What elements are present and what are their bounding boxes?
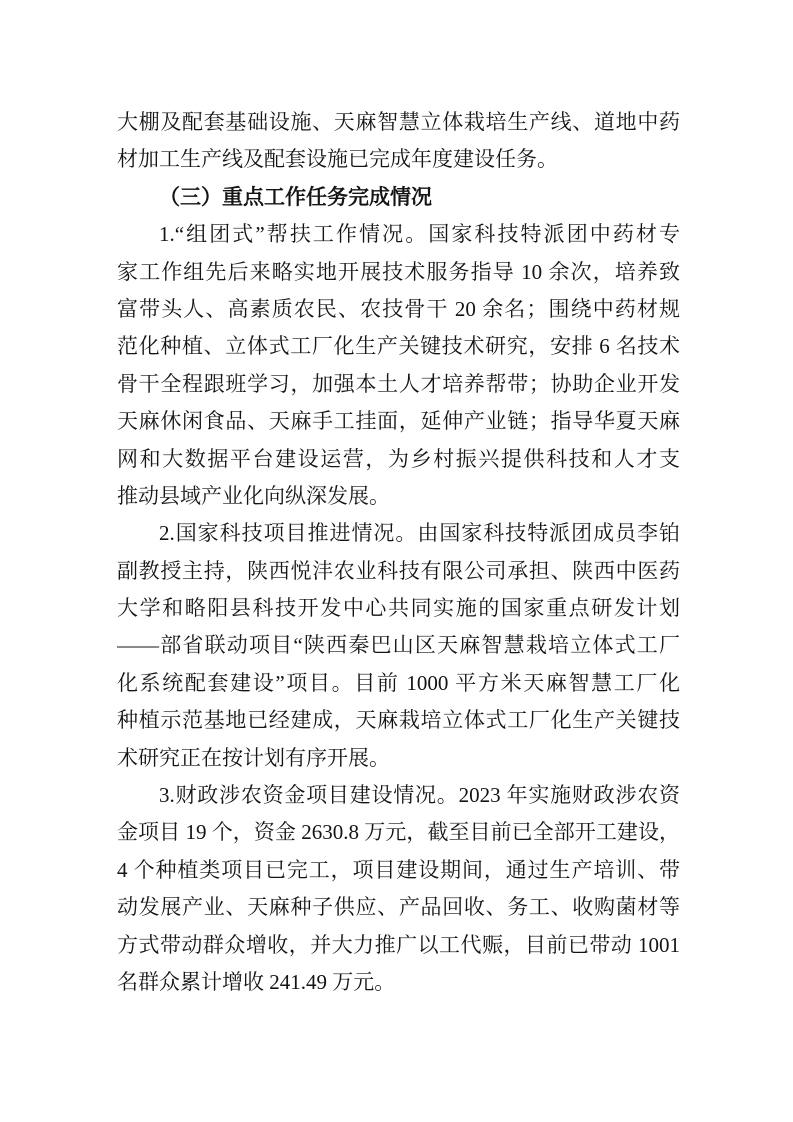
para-continuation-line-2: 材加工生产线及配套设施已完成年度建设任务。 [117, 141, 680, 178]
document-page: 大棚及配套基础设施、天麻智慧立体栽培生产线、道地中药材加工生产线及配套设施已完成… [0, 0, 793, 1122]
para-continuation-line-1: 大棚及配套基础设施、天麻智慧立体栽培生产线、道地中药 [117, 104, 680, 141]
para-1-tuan-shi-help-line-6: 天麻休闲食品、天麻手工挂面，延伸产业链；指导华夏天麻 [117, 403, 680, 440]
para-1-tuan-shi-help-line-7: 网和大数据平台建设运营，为乡村振兴提供科技和人才支持， [117, 441, 680, 478]
para-1-tuan-shi-help-line-1: 1.“组团式”帮扶工作情况。国家科技特派团中药材专 [117, 216, 680, 253]
para-3-fiscal-agri-funds-line-2: 金项目 19 个，资金 2630.8 万元，截至目前已全部开工建设， [117, 814, 680, 851]
document-body: 大棚及配套基础设施、天麻智慧立体栽培生产线、道地中药材加工生产线及配套设施已完成… [117, 104, 680, 1001]
para-2-national-sci-project-line-4: ——部省联动项目“陕西秦巴山区天麻智慧栽培立体式工厂 [117, 627, 680, 664]
para-3-fiscal-agri-funds-line-1: 3.财政涉农资金项目建设情况。2023 年实施财政涉农资 [117, 777, 680, 814]
para-1-tuan-shi-help-line-2: 家工作组先后来略实地开展技术服务指导 10 余次，培养致 [117, 254, 680, 291]
para-2-national-sci-project-line-3: 大学和略阳县科技开发中心共同实施的国家重点研发计划 [117, 590, 680, 627]
para-2-national-sci-project-line-7: 术研究正在按计划有序开展。 [117, 740, 680, 777]
para-3-fiscal-agri-funds-line-4: 动发展产业、天麻种子供应、产品回收、务工、收购菌材等 [117, 889, 680, 926]
para-1-tuan-shi-help-line-4: 范化种植、立体式工厂化生产关键技术研究，安排 6 名技术 [117, 328, 680, 365]
para-2-national-sci-project-line-2: 副教授主持，陕西悦沣农业科技有限公司承担、陕西中医药 [117, 553, 680, 590]
para-1-tuan-shi-help-line-8: 推动县域产业化向纵深发展。 [117, 478, 680, 515]
para-2-national-sci-project-line-1: 2.国家科技项目推进情况。由国家科技特派团成员李铂 [117, 515, 680, 552]
section-heading-line-1: （三）重点工作任务完成情况 [117, 179, 680, 216]
para-3-fiscal-agri-funds-line-5: 方式带动群众增收，并大力推广以工代赈，目前已带动 1001 [117, 927, 680, 964]
para-1-tuan-shi-help-line-3: 富带头人、高素质农民、农技骨干 20 余名；围绕中药材规 [117, 291, 680, 328]
para-3-fiscal-agri-funds-line-6: 名群众累计增收 241.49 万元。 [117, 964, 680, 1001]
para-2-national-sci-project-line-6: 种植示范基地已经建成，天麻栽培立体式工厂化生产关键技 [117, 702, 680, 739]
para-2-national-sci-project-line-5: 化系统配套建设”项目。目前 1000 平方米天麻智慧工厂化 [117, 665, 680, 702]
para-1-tuan-shi-help-line-5: 骨干全程跟班学习，加强本土人才培养帮带；协助企业开发 [117, 366, 680, 403]
para-3-fiscal-agri-funds-line-3: 4 个种植类项目已完工，项目建设期间，通过生产培训、带 [117, 852, 680, 889]
